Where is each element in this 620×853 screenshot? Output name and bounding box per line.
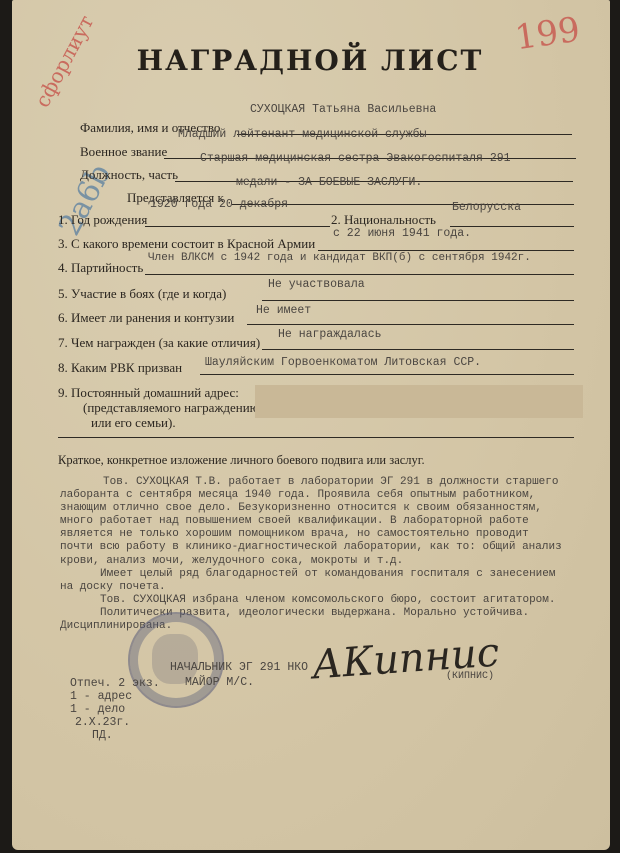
position-label: Должность, часть: [80, 167, 178, 183]
address-label-line1: 9. Постоянный домашний адрес:: [58, 385, 239, 401]
summary-line: Тов. СУХОЦКАЯ избрана членом комсомольск…: [100, 594, 555, 606]
copies-note-line: 1 - адрес: [70, 690, 132, 703]
copies-note-line: 1 - дело: [70, 703, 125, 716]
signatory-name: (КИПНИС): [446, 671, 494, 682]
nationality-value: Белорусска: [452, 201, 521, 214]
summary-line: Имеет целый ряд благодарностей от команд…: [100, 568, 555, 580]
address-label-line2: (представляемого награждению: [83, 400, 259, 416]
battles-value: Не участвовала: [268, 278, 365, 291]
copies-note-line: ПД.: [92, 729, 113, 742]
position-value: Старшая медицинская сестра Эвакогоспитал…: [200, 152, 511, 165]
summary-line: Тов. СУХОЦКАЯ Т.В. работает в лаборатори…: [103, 476, 558, 488]
signatory-rank: МАЙОР М/С.: [185, 676, 254, 689]
summary-line: много работает над повышением своей квал…: [60, 515, 529, 527]
conscription-underline: [200, 374, 574, 375]
summary-heading: Краткое, конкретное изложение личного бо…: [58, 453, 425, 468]
summary-line: знающим отлично свое дело. Безукоризненн…: [60, 502, 542, 514]
official-seal-stamp: [128, 612, 224, 708]
wounds-value: Не имеет: [256, 304, 311, 317]
summary-line: лаборанта с сентября месяца 1940 года. П…: [60, 489, 535, 501]
awards-label: 7. Чем награжден (за какие отличия): [58, 335, 260, 351]
battles-underline: [262, 300, 574, 301]
document-title: НАГРАДНОЙ ЛИСТ: [0, 44, 620, 77]
party-label: 4. Партийность: [58, 260, 143, 276]
summary-line: почти всю работу в клинико-диагностическ…: [60, 541, 562, 553]
address-redacted-block: [255, 385, 583, 418]
address-label-line3: или его семьи).: [91, 415, 176, 431]
party-value: Член ВЛКСМ с 1942 года и кандидат ВКП(б)…: [148, 252, 531, 264]
wounds-label: 6. Имеет ли ранения и контузии: [58, 310, 234, 326]
summary-line: является не только хорошим помощником вр…: [60, 528, 529, 540]
address-underline: [58, 437, 574, 438]
summary-line: на доску почета.: [60, 581, 166, 593]
birth-year-value: 1920 года 20 декабря: [150, 198, 288, 211]
party-underline: [145, 274, 574, 275]
name-value: СУХОЦКАЯ Татьяна Васильевна: [250, 103, 436, 116]
birth-year-label: 1. Год рождения: [58, 212, 147, 228]
battles-label: 5. Участие в боях (где и когда): [58, 286, 226, 302]
rank-value: Младший лейтенант медицинской службы: [178, 128, 426, 141]
army-since-value: с 22 июня 1941 года.: [333, 227, 471, 240]
nationality-label: 2. Национальность: [331, 212, 436, 228]
wounds-underline: [247, 324, 574, 325]
copies-note-line: Отпеч. 2 экз.: [70, 677, 160, 690]
copies-note-line: 2.X.23г.: [75, 716, 130, 729]
conscription-label: 8. Каким РВК призван: [58, 360, 182, 376]
conscription-value: Шауляйским Горвоенкоматом Литовская ССР.: [205, 356, 481, 369]
army-since-underline: [318, 250, 574, 251]
army-since-label: 3. С какого времени состоит в Красной Ар…: [58, 236, 315, 252]
awards-underline: [262, 349, 574, 350]
rank-label: Военное звание: [80, 144, 167, 160]
birth-year-underline: [145, 226, 330, 227]
signatory-title: НАЧАЛЬНИК ЭГ 291 НКО: [170, 661, 308, 674]
summary-line: крови, анализ мочи, желудочного сока, мо…: [60, 555, 403, 567]
nominated-value: медали - ЗА БОЕВЫЕ ЗАСЛУГИ.: [236, 176, 422, 189]
awards-value: Не награждалась: [278, 328, 382, 341]
